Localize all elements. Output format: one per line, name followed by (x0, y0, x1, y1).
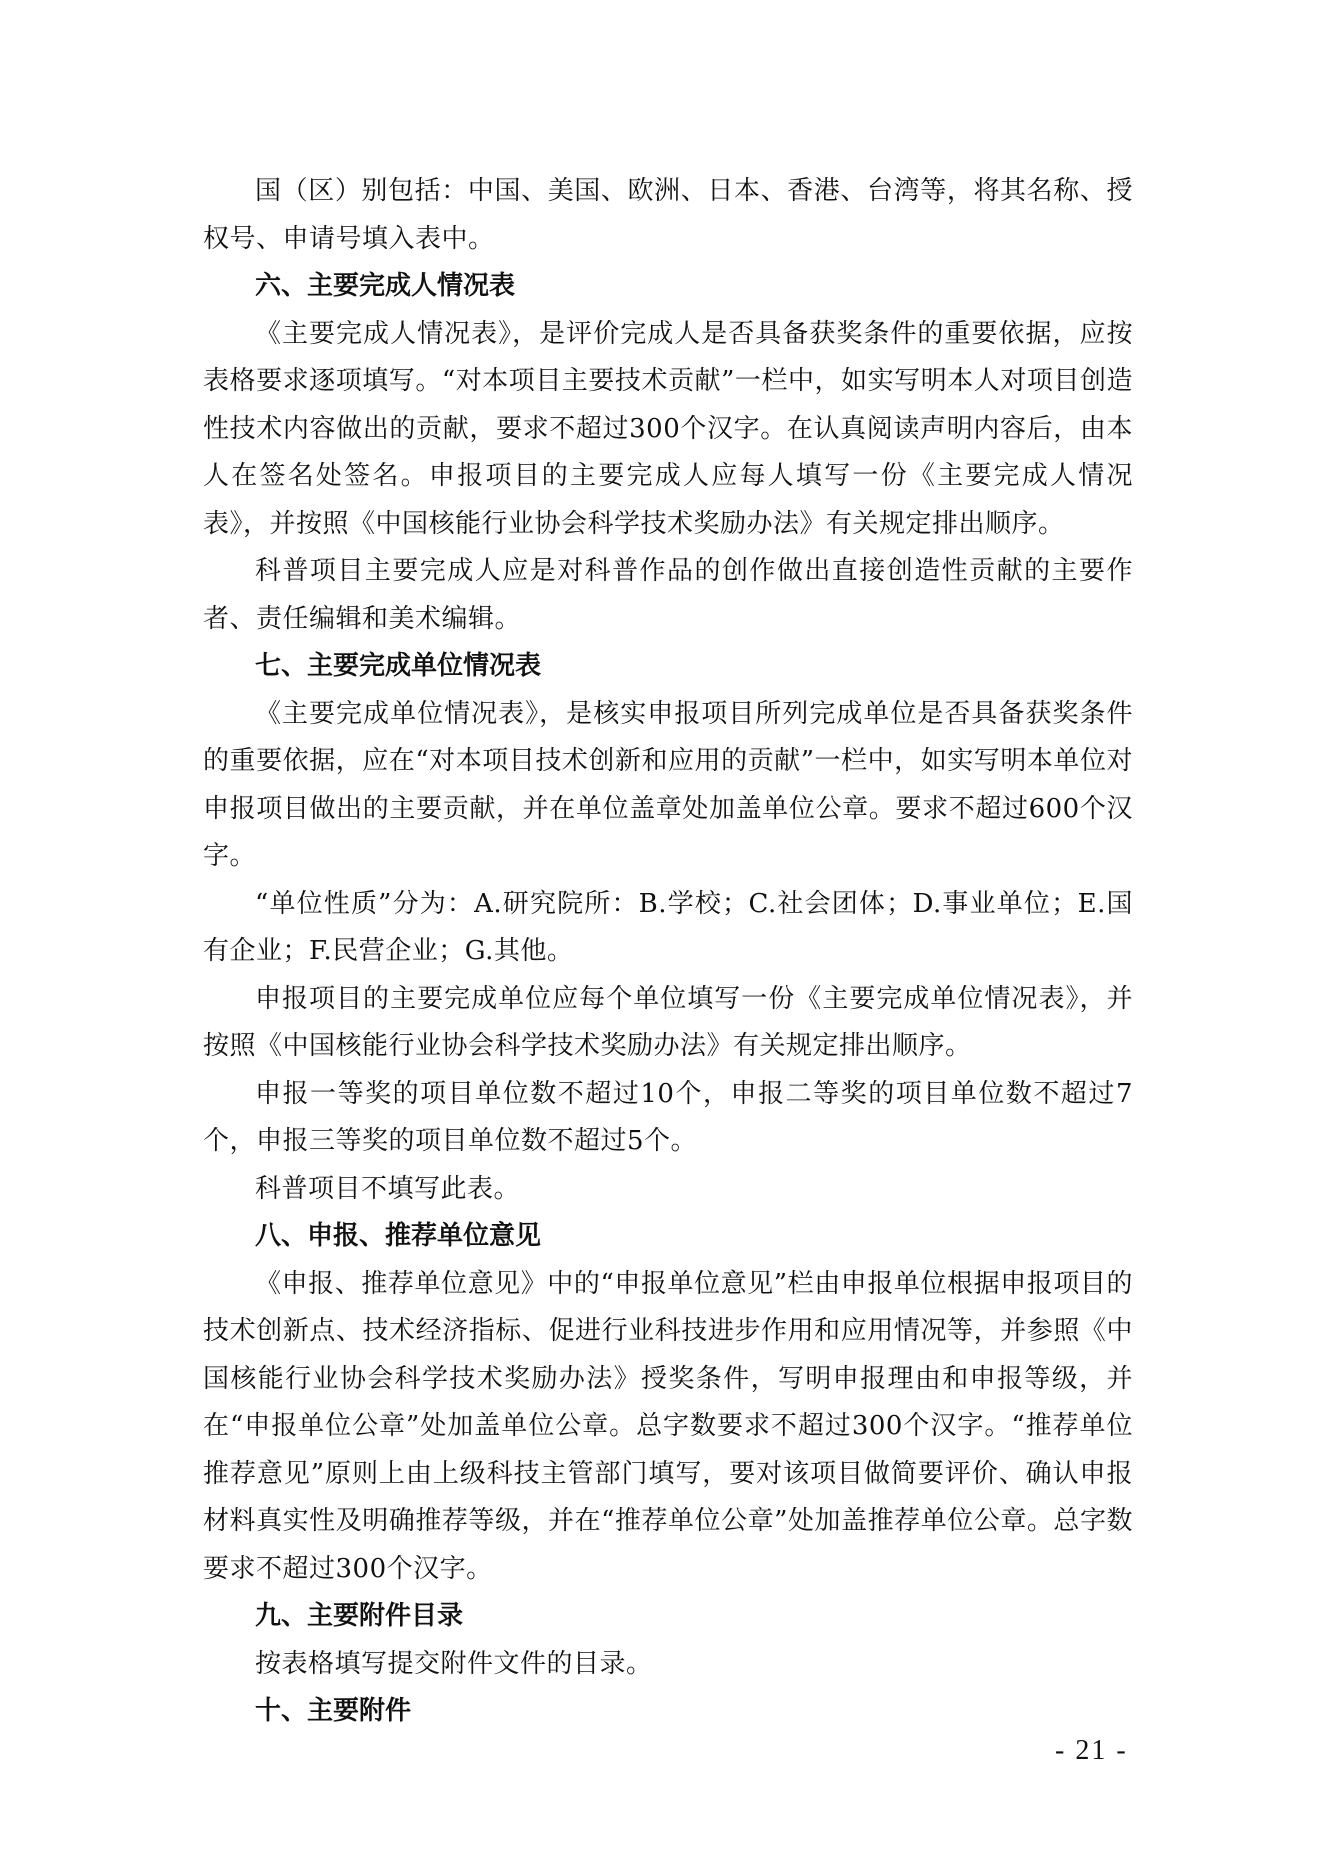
paragraph-unit-table: 《主要完成单位情况表》，是核实申报项目所列完成单位是否具备获奖条件的重要依据，应… (203, 691, 1133, 881)
paragraph-country-region: 国（区）别包括：中国、美国、欧洲、日本、香港、台湾等，将其名称、授权号、申请号填… (203, 168, 1133, 263)
paragraph-completer-table: 《主要完成人情况表》，是评价完成人是否具备获奖条件的重要依据，应按表格要求逐项填… (203, 311, 1133, 549)
paragraph-popular-science-completer: 科普项目主要完成人应是对科普作品的创作做出直接创造性贡献的主要作者、责任编辑和美… (203, 548, 1133, 643)
paragraph-opinions: 《申报、推荐单位意见》中的“申报单位意见”栏由申报单位根据申报项目的技术创新点、… (203, 1261, 1133, 1594)
page-number: - 21 - (1055, 1735, 1128, 1767)
paragraph-attachment-list: 按表格填写提交附件文件的目录。 (203, 1641, 1133, 1689)
paragraph-unit-order: 申报项目的主要完成单位应每个单位填写一份《主要完成单位情况表》，并按照《中国核能… (203, 976, 1133, 1071)
document-body: 国（区）别包括：中国、美国、欧洲、日本、香港、台湾等，将其名称、授权号、申请号填… (203, 168, 1133, 1736)
heading-section-9: 九、主要附件目录 (203, 1593, 1133, 1641)
paragraph-unit-nature: “单位性质”分为：A.研究院所：B.学校；C.社会团体；D.事业单位；E.国有企… (203, 881, 1133, 976)
heading-section-6: 六、主要完成人情况表 (203, 263, 1133, 311)
paragraph-popular-science-no-table: 科普项目不填写此表。 (203, 1166, 1133, 1214)
heading-section-8: 八、申报、推荐单位意见 (203, 1213, 1133, 1261)
heading-section-7: 七、主要完成单位情况表 (203, 643, 1133, 691)
paragraph-unit-limits: 申报一等奖的项目单位数不超过10个，申报二等奖的项目单位数不超过7个，申报三等奖… (203, 1071, 1133, 1166)
heading-section-10: 十、主要附件 (203, 1688, 1133, 1736)
